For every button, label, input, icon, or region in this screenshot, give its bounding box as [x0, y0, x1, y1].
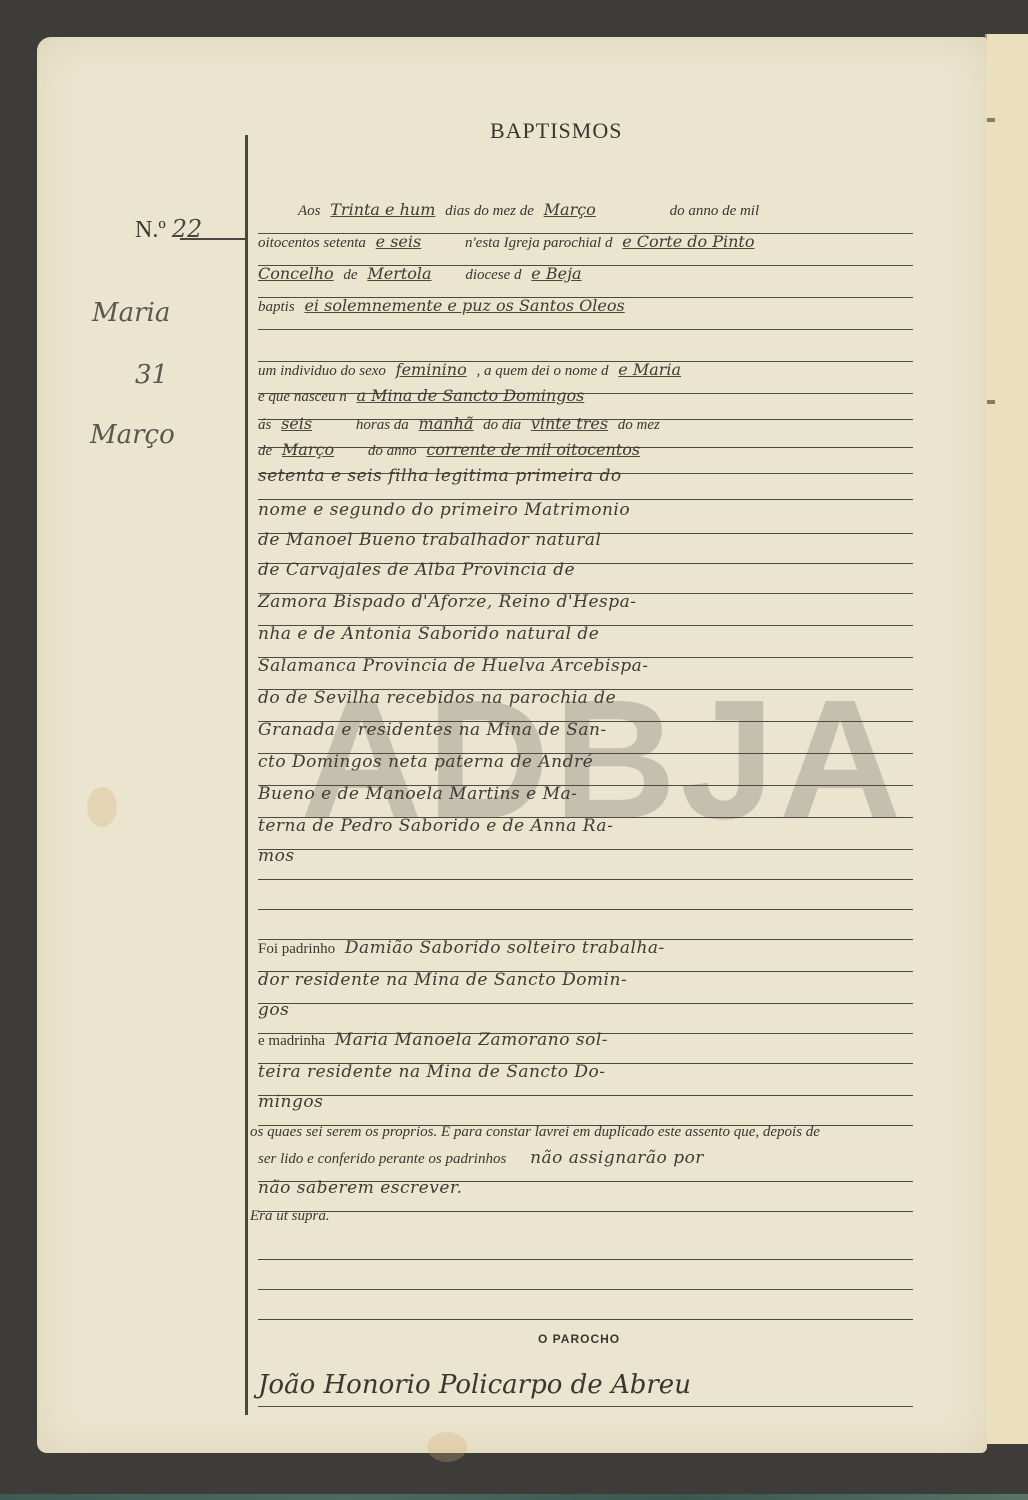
- margin-rule: [245, 135, 248, 1415]
- label-dia: do dia: [483, 417, 521, 433]
- form-line-year-church: oitocentos setenta e seis n'esta Igreja …: [258, 232, 913, 266]
- label-padrinhos: ser lido e conferido perante os padrinho…: [258, 1151, 506, 1167]
- narrative-line: nha e de Antonia Saborido natural de: [258, 624, 913, 658]
- narrative-text: Salamanca Provincia de Huelva Arcebispa-: [258, 656, 648, 676]
- hw-given-name: e Maria: [618, 360, 681, 379]
- margin-note-day: 31: [135, 360, 168, 390]
- narrative-text: Bueno e de Manoela Martins e Ma-: [258, 784, 577, 804]
- label-aos: Aos: [298, 203, 321, 219]
- blank-line: [258, 906, 913, 940]
- label-baptis: baptis: [258, 299, 295, 315]
- blank-line: [258, 1256, 913, 1290]
- form-line-date: Aos Trinta e hum dias do mez de Março do…: [258, 200, 913, 234]
- hw-madrinha: mingos: [258, 1092, 323, 1112]
- hw-padrinho: Damião Saborido solteiro trabalha-: [345, 938, 665, 958]
- hw-madrinha: teira residente na Mina de Sancto Do-: [258, 1062, 606, 1082]
- hw-municipality: Mertola: [367, 264, 431, 283]
- hw-birth-day: vinte tres: [531, 414, 608, 433]
- hw-year: e seis: [376, 232, 422, 251]
- label-dias-do-mez: dias do mez de: [445, 203, 534, 219]
- narrative-line: mos: [258, 846, 913, 880]
- form-line-diocese: Concelho de Mertola diocese d e Beja: [258, 264, 913, 298]
- paper-stain: [427, 1432, 467, 1462]
- narrative-text: Granada e residentes na Mina de San-: [258, 720, 607, 740]
- narrative-line: setenta e seis filha legitima primeira d…: [258, 466, 913, 500]
- label-oitocentos: oitocentos setenta: [258, 235, 366, 251]
- hw-madrinha: Maria Manoela Zamorano sol-: [335, 1030, 608, 1050]
- margin-note-month: Março: [90, 420, 175, 450]
- madrinha-line: teira residente na Mina de Sancto Do-: [258, 1062, 913, 1096]
- hw-period: manhã: [419, 414, 474, 433]
- spacer: [258, 812, 913, 845]
- padrinho-line: gos: [258, 1000, 913, 1034]
- hw-diocese: e Beja: [531, 264, 581, 283]
- madrinha-line: e madrinha Maria Manoela Zamorano sol-: [258, 1030, 913, 1064]
- padrinho-line: dor residente na Mina de Sancto Domin-: [258, 970, 913, 1004]
- form-line-blank: [258, 328, 913, 362]
- label-mez: do mez: [618, 417, 660, 433]
- label-de: de: [258, 443, 272, 459]
- paper-stain: [87, 787, 117, 827]
- label-madrinha: e madrinha: [258, 1033, 325, 1049]
- padrinho-line: Foi padrinho Damião Saborido solteiro tr…: [258, 938, 913, 972]
- label-nasceu: e que nasceu n: [258, 389, 347, 405]
- hw-day: Trinta e hum: [330, 200, 435, 219]
- narrative-line: Granada e residentes na Mina de San-: [258, 720, 913, 754]
- narrative-line: nome e segundo do primeiro Matrimonio: [258, 500, 913, 534]
- madrinha-line: mingos: [258, 1092, 913, 1126]
- narrative-line: Zamora Bispado d'Aforze, Reino d'Hespa-: [258, 592, 913, 626]
- entry-number-rule: [180, 238, 247, 240]
- label-diocese: diocese d: [465, 267, 521, 283]
- hw-padrinho: dor residente na Mina de Sancto Domin-: [258, 970, 627, 990]
- narrative-line: de Carvajales de Alba Provincia de: [258, 560, 913, 594]
- page-title: BAPTISMOS: [490, 118, 622, 144]
- narrative-text: nome e segundo do primeiro Matrimonio: [258, 500, 630, 520]
- label-anno: do anno: [368, 443, 417, 459]
- hw-birthplace: a Mina de Sancto Domingos: [356, 386, 584, 405]
- hw-parish: e Corte do Pinto: [622, 232, 754, 251]
- narrative-line: do de Sevilha recebidos na parochia de: [258, 688, 913, 722]
- label-do-anno: do anno de mil: [670, 203, 760, 219]
- narrative-text: de Manoel Bueno trabalhador natural: [258, 530, 601, 550]
- hw-month: Março: [544, 200, 596, 219]
- adjacent-page-edge: [985, 34, 1028, 1444]
- closing-line: ser lido e conferido perante os padrinho…: [258, 1148, 913, 1182]
- label-nome: , a quem dei o nome d: [476, 363, 608, 379]
- narrative-text: do de Sevilha recebidos na parochia de: [258, 688, 616, 708]
- closing-line: não saberem escrever.: [258, 1178, 913, 1212]
- narrative-line: de Manoel Bueno trabalhador natural: [258, 530, 913, 564]
- margin-note-name: Maria: [92, 298, 170, 328]
- label-sexo: um individuo do sexo: [258, 363, 386, 379]
- hw-signature-note: não assignarão por: [530, 1148, 704, 1168]
- narrative-text: Zamora Bispado d'Aforze, Reino d'Hespa-: [258, 592, 636, 612]
- hw-padrinho: gos: [258, 1000, 289, 1020]
- hw-birth-year: corrente de mil oitocentos: [426, 440, 640, 459]
- narrative-text: nha e de Antonia Saborido natural de: [258, 624, 599, 644]
- blank-line: [258, 1226, 913, 1260]
- form-line-baptised: baptis ei solemnemente e puz os Santos O…: [258, 296, 913, 330]
- hw-concelho: Concelho: [258, 264, 334, 283]
- closing-text: os quaes sei serem os proprios. E para c…: [250, 1124, 820, 1141]
- narrative-text: de Carvajales de Alba Provincia de: [258, 560, 575, 580]
- parocho-signature: João Honorio Policarpo de Abreu: [258, 1370, 913, 1407]
- era-ut-supra: Era ut supra.: [250, 1208, 330, 1225]
- hw-sex: feminino: [396, 360, 467, 379]
- narrative-text: cto Domingos neta paterna de André: [258, 752, 593, 772]
- label-igreja: n'esta Igreja parochial d: [465, 235, 613, 251]
- hw-birth-month: Março: [282, 440, 334, 459]
- scanner-bed-strip: [0, 1494, 1028, 1500]
- entry-number-label: N.º: [135, 217, 166, 243]
- narrative-line: Salamanca Provincia de Huelva Arcebispa-: [258, 656, 913, 690]
- narrative-text: setenta e seis filha legitima primeira d…: [258, 466, 622, 486]
- label-horas: horas da: [356, 417, 409, 433]
- narrative-text: mos: [258, 846, 295, 866]
- label-de: de: [343, 267, 357, 283]
- label-as: ás: [258, 417, 271, 433]
- narrative-line: cto Domingos neta paterna de André: [258, 752, 913, 786]
- label-padrinho: Foi padrinho: [258, 941, 335, 957]
- hw-baptism-text: ei solemnemente e puz os Santos Oleos: [304, 296, 624, 315]
- hw-hour: seis: [281, 414, 312, 433]
- blank-line: [258, 876, 913, 910]
- parocho-label: O PAROCHO: [538, 1332, 620, 1346]
- blank-line: [258, 1286, 913, 1320]
- hw-signature-note: não saberem escrever.: [258, 1178, 463, 1198]
